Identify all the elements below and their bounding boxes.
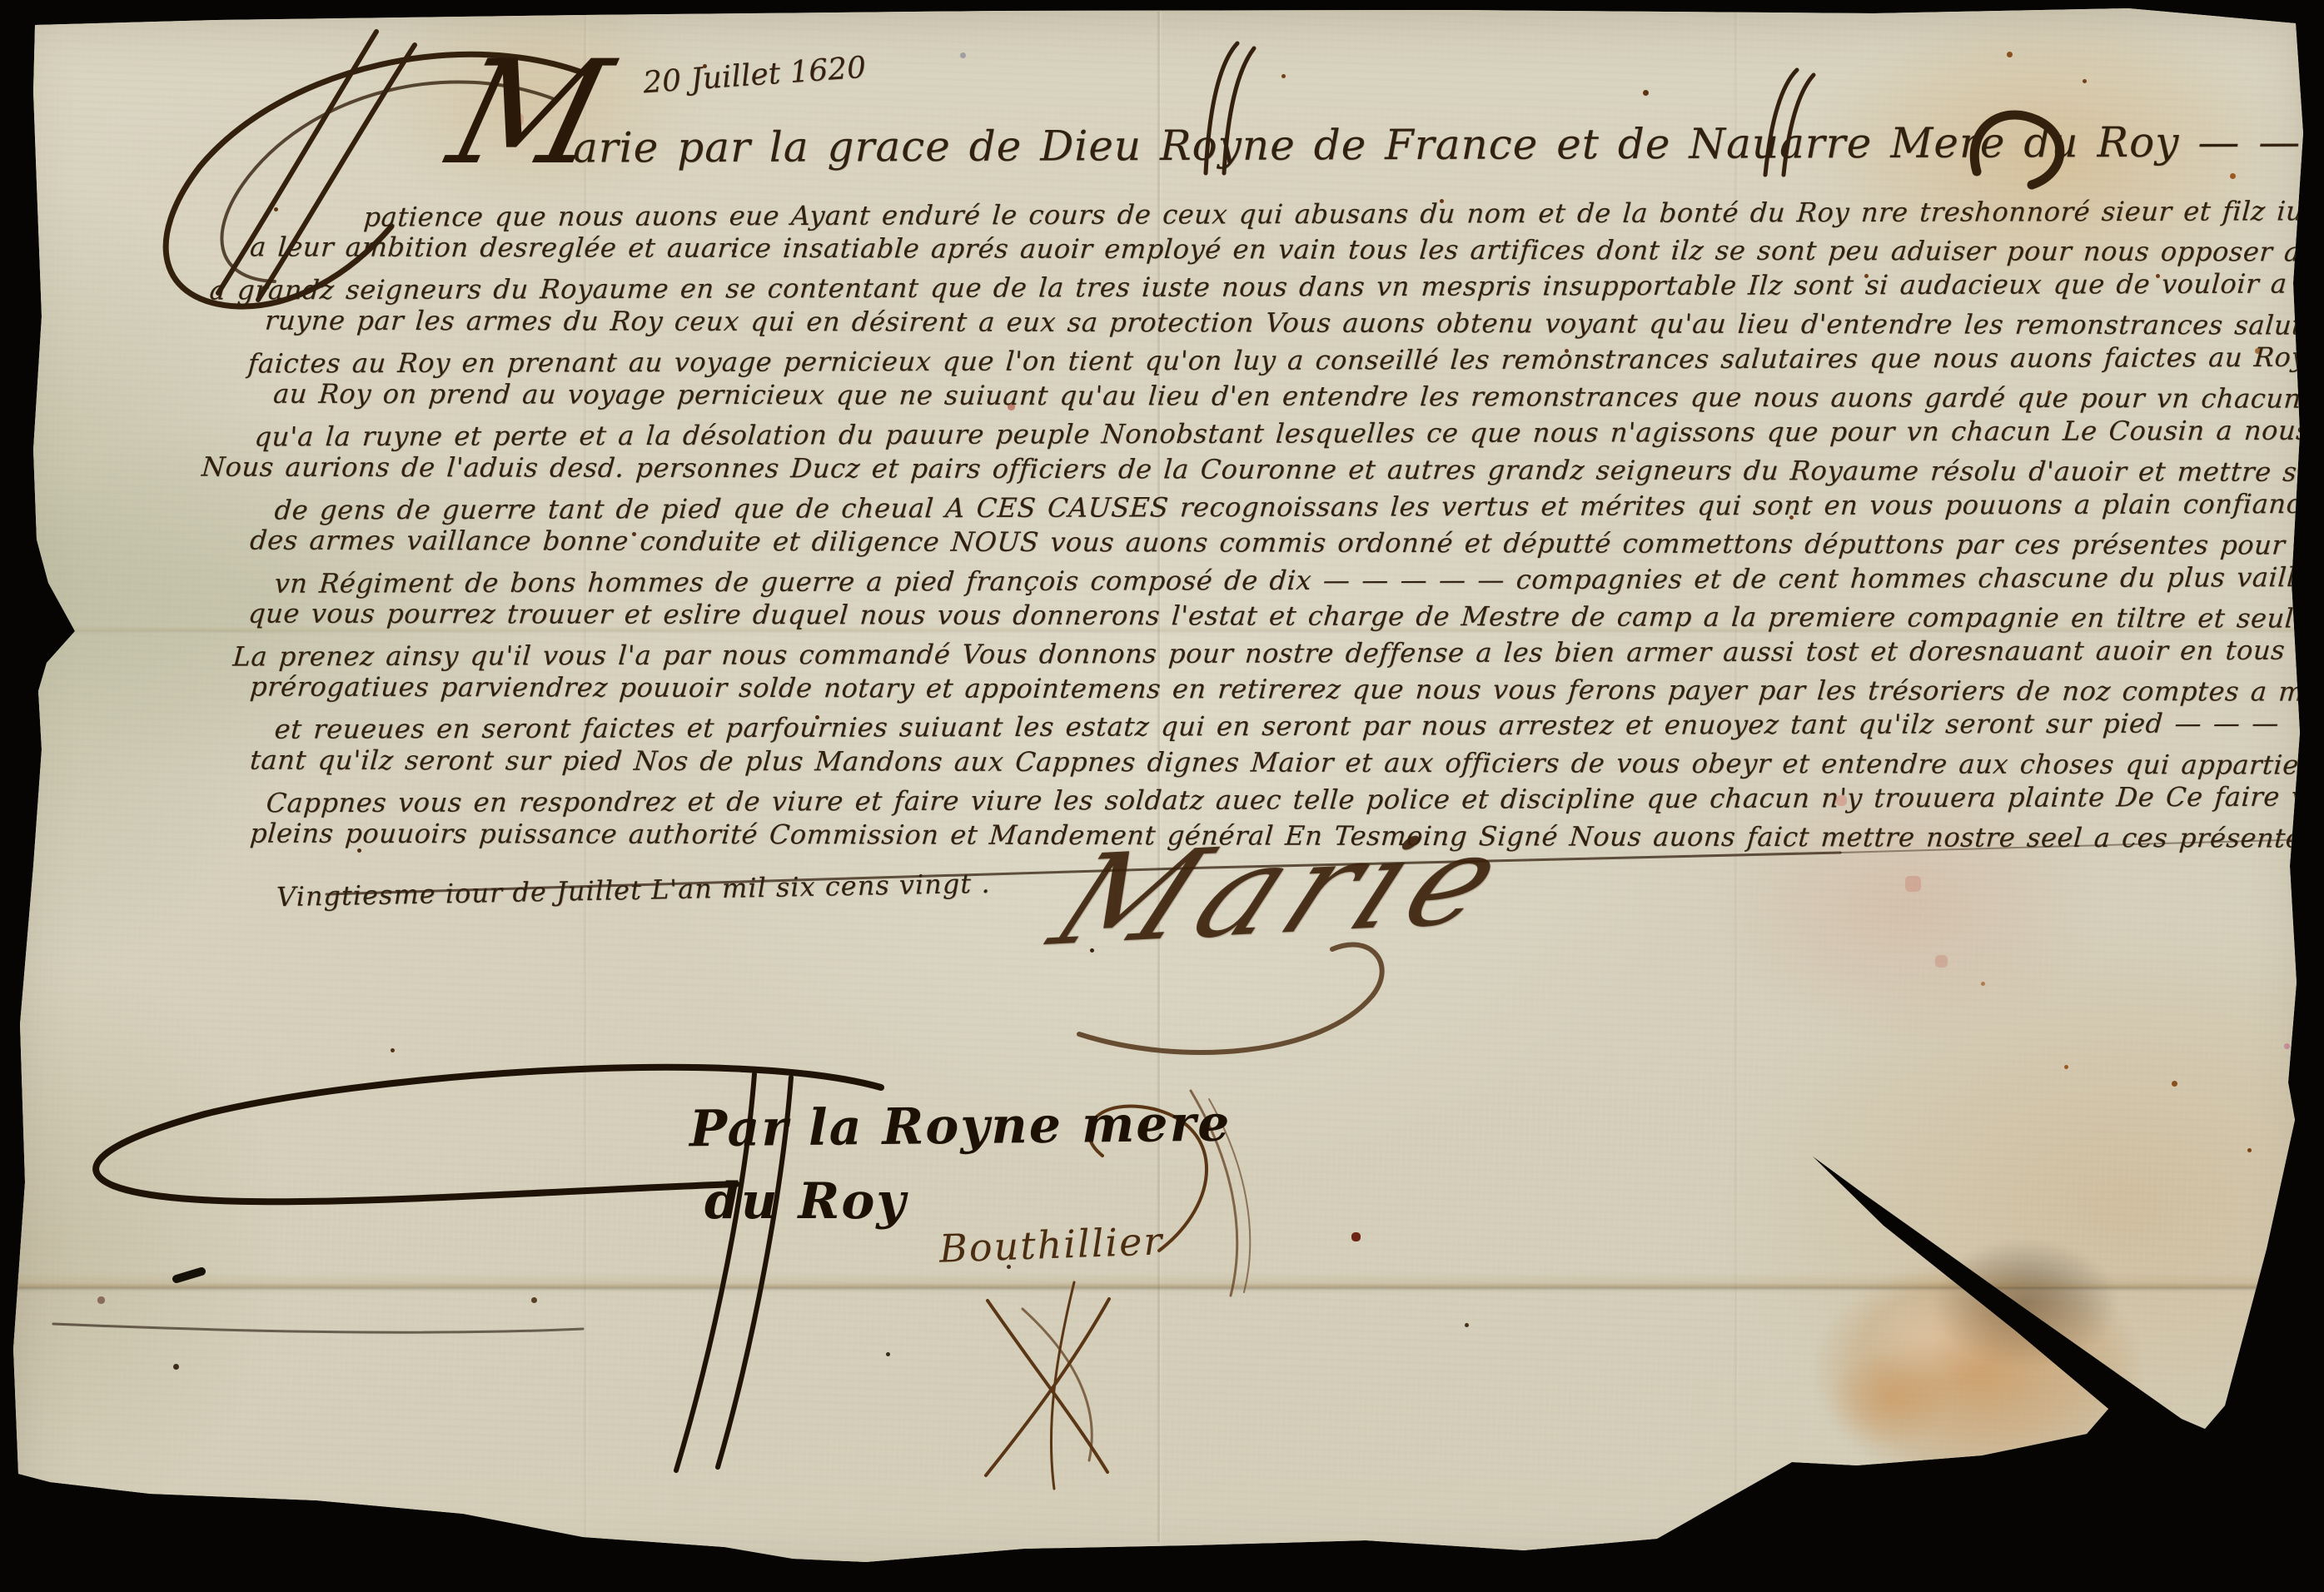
manuscript-line: de gens de guerre tant de pied que de ch…: [274, 489, 2324, 523]
countersignature-paraph: [1023, 1309, 1092, 1460]
subscription-line-1: Par la Royne mere: [689, 1095, 1232, 1159]
manuscript-line: Nous aurions de l'aduis desd. personnes …: [201, 454, 2324, 486]
opening-line: arie par la grace de Dieu Royne de Franc…: [573, 119, 2324, 168]
manuscript-line: patience que nous auons eue Ayant enduré…: [363, 196, 2324, 230]
horizontal-fold-crease: [12, 1283, 2299, 1291]
countersignature: Bouthillier: [938, 1218, 1164, 1271]
manuscript-line: prérogatiues parviendrez pouuoir solde n…: [249, 673, 2324, 705]
manuscript-line: des armes vaillance bonne conduite et di…: [249, 527, 2324, 560]
bottom-right-stain: [1782, 1224, 2140, 1474]
manuscript-line: au Roy on prend au voyage pernicieux que…: [272, 381, 2324, 413]
manuscript-line: La prenez ainsy qu'il vous l'a par nous …: [232, 636, 2324, 670]
manuscript-line: Cappnes vous en respondrez et de viure e…: [266, 783, 2324, 817]
date-annotation: 20 Juillet 1620: [642, 51, 867, 101]
parchment-sheet: 20 Juillet 1620 M arie par la grace de D…: [0, 0, 2324, 1592]
manuscript-line: que vous pourrez trouuer et eslire duque…: [247, 600, 2324, 633]
manuscript-line: faictes au Roy en prenant au voyage pern…: [247, 342, 2324, 376]
manuscript-line: vn Régiment de bons hommes de guerre a p…: [274, 562, 2324, 596]
manuscript-line: a leur ambition desreglée et auarice ins…: [249, 233, 2324, 266]
royal-signature: Marie: [1036, 817, 1530, 964]
manuscript-scan: 20 Juillet 1620 M arie par la grace de D…: [0, 0, 2324, 1592]
manuscript-line: qu'a la ruyne et perte et a la désolatio…: [254, 416, 2324, 450]
closing-date-line: Vingtiesme iour de Juillet L'an mil six …: [276, 868, 991, 913]
manuscript-line: tant qu'ilz seront sur pied Nos de plus …: [249, 747, 2324, 779]
subscription-line-2: du Roy: [704, 1172, 907, 1231]
manuscript-line: ruyne par les armes du Roy ceux qui en d…: [264, 307, 2324, 340]
manuscript-line: et reueues en seront faictes et parfourn…: [274, 709, 2280, 743]
foxing-spots: [0, 0, 2, 2]
subscription-paraph: [53, 1324, 583, 1332]
countersignature-paraph: [988, 1301, 1107, 1472]
countersignature-paraph: [986, 1299, 1109, 1475]
manuscript-line: a grandz seigneurs du Royaume en se cont…: [209, 270, 2324, 304]
countersignature-paraph: [1051, 1282, 1074, 1489]
